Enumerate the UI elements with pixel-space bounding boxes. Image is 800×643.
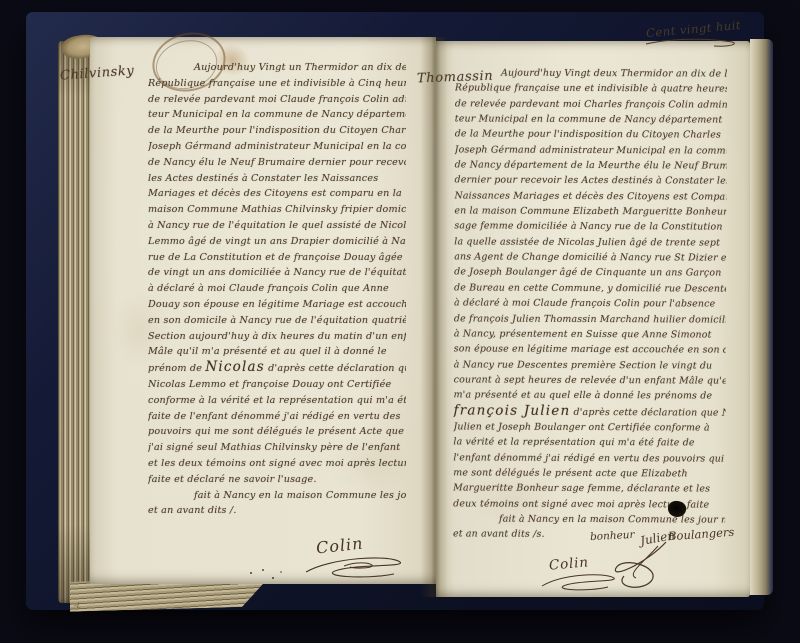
manuscript-line: françois Julien d'après cette déclaratio…	[453, 403, 725, 421]
signature-flourish-icon	[536, 570, 620, 594]
manuscript-line: Section aujourd'huy à dix heures du mati…	[148, 329, 406, 345]
manuscript-line: Julien et Joseph Boulanger ont Certifiée…	[453, 419, 725, 436]
signature-flourish-icon	[298, 552, 408, 582]
manuscript-line: l'enfant dénommé j'ai rédigé en vertu de…	[453, 450, 725, 467]
emphasized-child-name: françois Julien	[454, 403, 571, 419]
manuscript-line: la quelle assistée de Nicolas Julien âgé…	[454, 234, 726, 251]
manuscript-line: à Nancy rue Descentes première Section l…	[454, 357, 726, 374]
left-page-text: Aujourd'huy Vingt un Thermidor an dix de…	[148, 60, 406, 519]
page-edge-curl-right	[750, 39, 773, 595]
bottom-edge-mark: -t	[74, 601, 80, 610]
emphasized-child-name: Nicolas	[205, 360, 265, 375]
manuscript-line: de relevée pardevant moi Claude françois…	[148, 92, 406, 108]
ink-specks	[250, 572, 252, 574]
manuscript-line: Mariages et décès des Citoyens est compa…	[148, 186, 406, 202]
manuscript-line: République française une et indivisible …	[455, 81, 727, 98]
manuscript-line: ans Agent de Change domicilié à Nancy ru…	[454, 250, 726, 267]
manuscript-line: prénom de Nicolas d'après cette déclarat…	[148, 360, 406, 377]
manuscript-line: en la maison Commune Elizabeth Marguerit…	[454, 204, 726, 221]
manuscript-line: Nicolas Lemmo et françoise Douay ont Cer…	[148, 377, 406, 393]
manuscript-line: à déclaré à moi Claude françois Colin qu…	[148, 281, 406, 297]
manuscript-line: en son domicile à Nancy rue de l'équitat…	[148, 313, 406, 329]
manuscript-line: dernier pour recevoir les Actes destinés…	[455, 173, 727, 190]
manuscript-line: de Bureau en cette Commune, y domicilié …	[454, 280, 726, 297]
manuscript-line: sage femme domiciliée à Nancy rue de la …	[454, 219, 726, 236]
manuscript-line: Margueritte Bonheur sage femme, déclaran…	[453, 481, 725, 498]
manuscript-line: faite de l'enfant dénommé j'ai rédigé en…	[148, 409, 406, 425]
manuscript-line: teur Municipal en la commune de Nancy dé…	[455, 111, 727, 128]
manuscript-line: fait à Nancy en la maison Commune les jo…	[148, 488, 406, 504]
manuscript-line: son épouse en légitime mariage est accou…	[454, 342, 726, 359]
manuscript-line: de françois Julien Thomassin Marchand hu…	[454, 311, 726, 328]
manuscript-line: de la Meurthe pour l'indisposition du Ci…	[148, 123, 406, 139]
folio-underline-flourish	[644, 36, 740, 50]
right-page-text: Aujourd'huy Vingt deux Thermidor an dix …	[453, 65, 727, 543]
manuscript-line: conforme à la vérité et la représentatio…	[148, 393, 406, 409]
manuscript-line: de relevée pardevant moi Charles françoi…	[455, 96, 727, 113]
page-edge-stack-left	[58, 41, 94, 603]
manuscript-line: la vérité et la représentation qui m'a é…	[453, 435, 725, 452]
manuscript-line: et les deux témoins ont signé avec moi a…	[148, 456, 406, 472]
manuscript-line: j'ai signé seul Mathias Chilvinsky père …	[148, 440, 406, 456]
manuscript-line: Joseph Gérmand administrateur Municipal …	[148, 139, 406, 155]
manuscript-line: de vingt un ans domiciliée à Nancy rue d…	[148, 265, 406, 281]
book-gutter	[420, 37, 448, 597]
photo-background: Cent vingt huit Chilvinsky Thomassin Auj…	[0, 0, 800, 643]
manuscript-line: les Actes destinés à Constater les Naiss…	[148, 171, 406, 187]
manuscript-line: Mâle qu'il m'a présenté et au quel il à …	[148, 344, 406, 360]
manuscript-line: à Nancy rue de l'équitation le quel assi…	[148, 218, 406, 234]
manuscript-line: m'a présenté et au quel elle à donné les…	[454, 388, 726, 405]
manuscript-line: Douay son épouse en légitime Mariage est…	[148, 297, 406, 313]
manuscript-line: teur Municipal en la commune de Nancy dé…	[148, 107, 406, 123]
manuscript-line: me sont délégués le présent acte que Eli…	[453, 465, 725, 482]
manuscript-line: à Nancy, présentement en Suisse que Anne…	[454, 326, 726, 343]
manuscript-line: de Nancy élu le Neuf Brumaire dernier po…	[148, 155, 406, 171]
manuscript-line: et an avant dits /.	[148, 503, 406, 519]
manuscript-line: Naissances Mariages et décès des Citoyen…	[454, 188, 726, 205]
manuscript-line: de Joseph Boulanger âgé de Cinquante un …	[454, 265, 726, 282]
manuscript-line: Joseph Gérmand administrateur Municipal …	[455, 142, 727, 159]
manuscript-line: maison Commune Mathias Chilvinsky fripie…	[148, 202, 406, 218]
manuscript-line: faite et déclaré ne savoir l'usage.	[148, 472, 406, 488]
manuscript-line: Aujourd'huy Vingt deux Thermidor an dix …	[455, 65, 727, 82]
manuscript-line: à déclaré à moi Claude françois Colin po…	[454, 296, 726, 313]
manuscript-line: courant à sept heures de relevée d'un en…	[454, 372, 726, 389]
manuscript-line: Lemmo âgé de vingt un ans Drapier domici…	[148, 234, 406, 250]
manuscript-line: République française une et indivisible …	[148, 76, 406, 92]
manuscript-line: rue de La Constitution et de françoise D…	[148, 250, 406, 266]
manuscript-line: de Nancy département de la Meurthe élu l…	[455, 157, 727, 174]
manuscript-line: de la Meurthe pour l'indisposition du Ci…	[455, 127, 727, 144]
manuscript-line: Aujourd'huy Vingt un Thermidor an dix de…	[148, 60, 406, 76]
manuscript-line: pouvoirs qui me sont délégués le présent…	[148, 424, 406, 440]
